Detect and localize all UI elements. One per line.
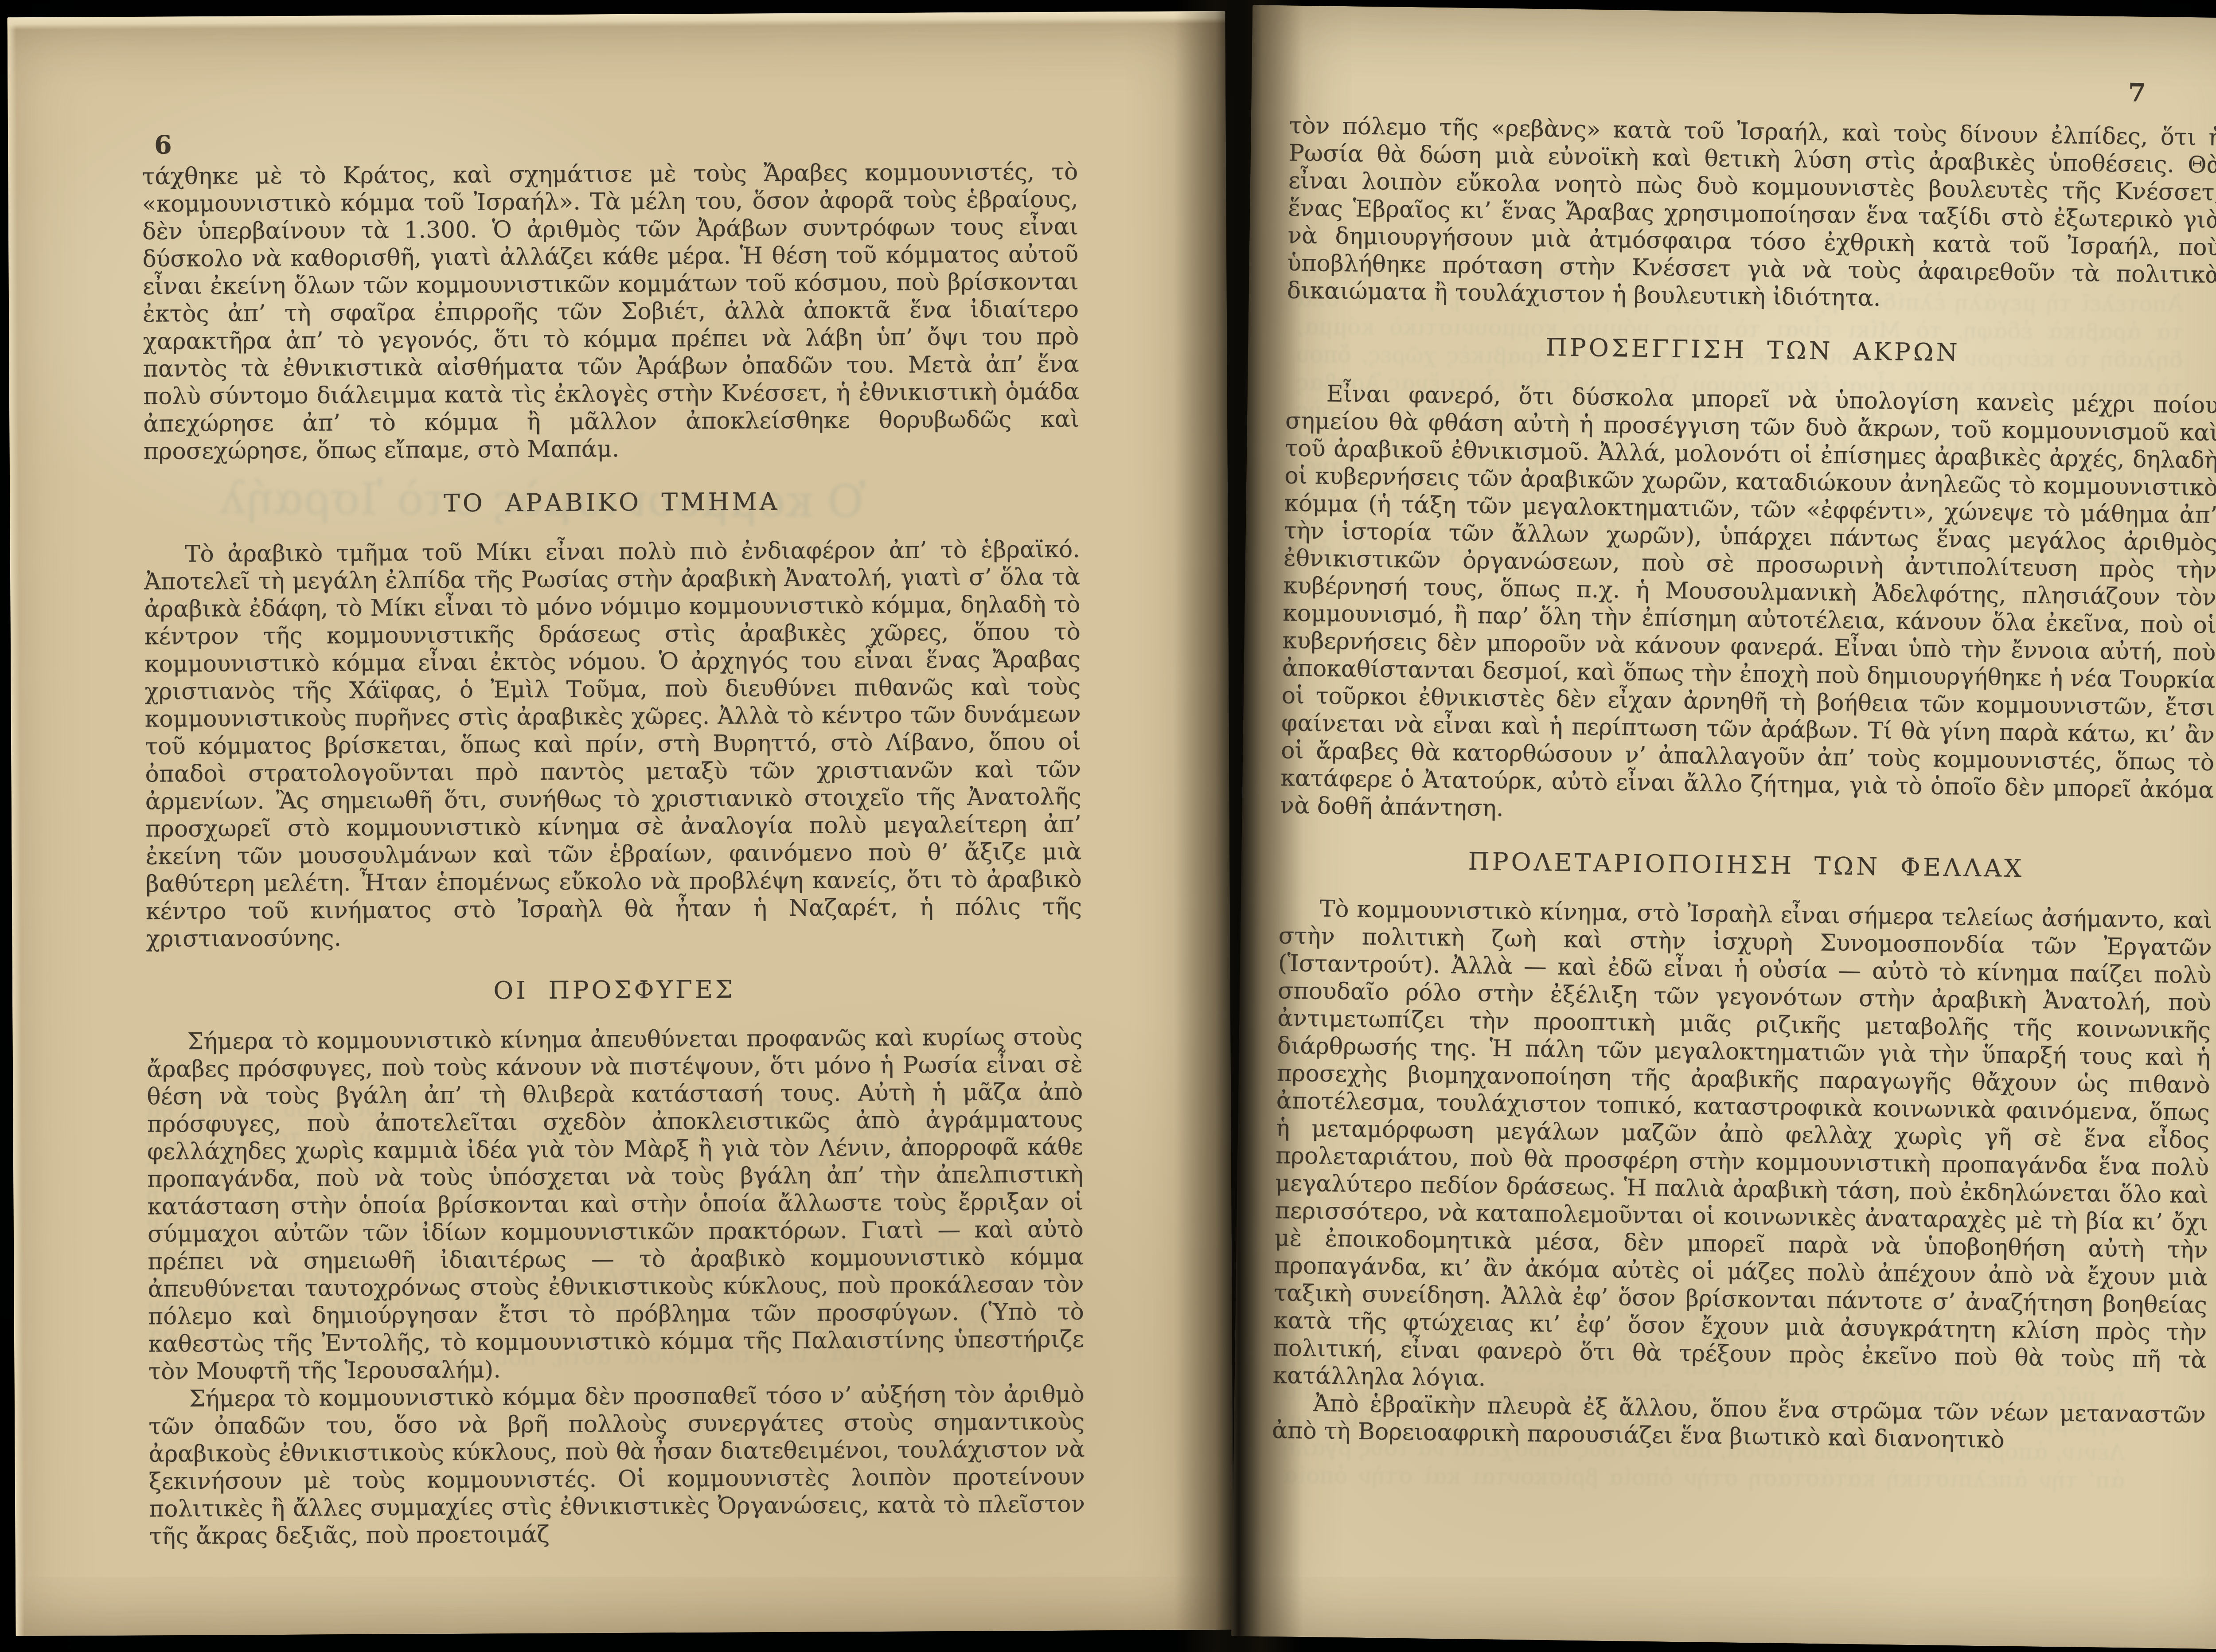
right-page: Τὸ ἀραβικὸ τμῆμα τοῦ Μίκι εἶναι πολὺ πιὸ… (1231, 5, 2216, 1649)
body-paragraph: Τὸ κομμουνιστικὸ κίνημα, στὸ Ἰσραὴλ εἶνα… (1272, 894, 2212, 1401)
body-paragraph: Σήμερα τὸ κομμουνιστικὸ κόμμα δὲν προσπα… (148, 1381, 1085, 1550)
body-paragraph: τάχθηκε μὲ τὸ Κράτος, καὶ σχημάτισε μὲ τ… (142, 158, 1080, 465)
body-paragraph: τὸν πόλεμο τῆς «ρεβὰνς» κατὰ τοῦ Ἰσραήλ,… (1287, 112, 2216, 316)
page-content: τάχθηκε μὲ τὸ Κράτος, καὶ σχημάτισε μὲ τ… (142, 158, 1085, 1550)
body-paragraph: Ἀπὸ ἑβραϊκὴν πλευρὰ ἐξ ἄλλου, ὅπου ἕνα σ… (1272, 1389, 2206, 1457)
left-page: Ὁ κομμουνισμὸς στὸ Ἰσραήλ Εἶναι φανερό, … (7, 11, 1233, 1636)
section-heading: ΟΙ ΠΡΟΣΦΥΓΕΣ (146, 974, 1082, 1006)
body-paragraph: Εἶναι φανερό, ὅτι δύσκολα μπορεῖ νὰ ὑπολ… (1280, 379, 2216, 831)
book-spread: Ὁ κομμουνισμὸς στὸ Ἰσραήλ Εἶναι φανερό, … (0, 0, 2216, 1652)
page-number: 6 (154, 130, 173, 160)
section-heading: ΤΟ ΑΡΑΒΙΚΟ ΤΜΗΜΑ (144, 486, 1080, 519)
page-content: τὸν πόλεμο τῆς «ρεβὰνς» κατὰ τοῦ Ἰσραήλ,… (1272, 112, 2216, 1456)
page-number: 7 (2128, 78, 2147, 108)
section-heading: ΠΡΟΛΕΤΑΡΙΟΠΟΙΗΣΗ ΤΩΝ ΦΕΛΛΑΧ (1280, 845, 2213, 885)
body-paragraph: Σήμερα τὸ κομμουνιστικὸ κίνημα ἀπευθύνετ… (146, 1023, 1084, 1386)
body-paragraph: Τὸ ἀραβικὸ τμῆμα τοῦ Μίκι εἶναι πολὺ πιὸ… (144, 536, 1082, 953)
section-heading: ΠΡΟΣΕΓΓΙΣΗ ΤΩΝ ΑΚΡΩΝ (1286, 330, 2216, 370)
